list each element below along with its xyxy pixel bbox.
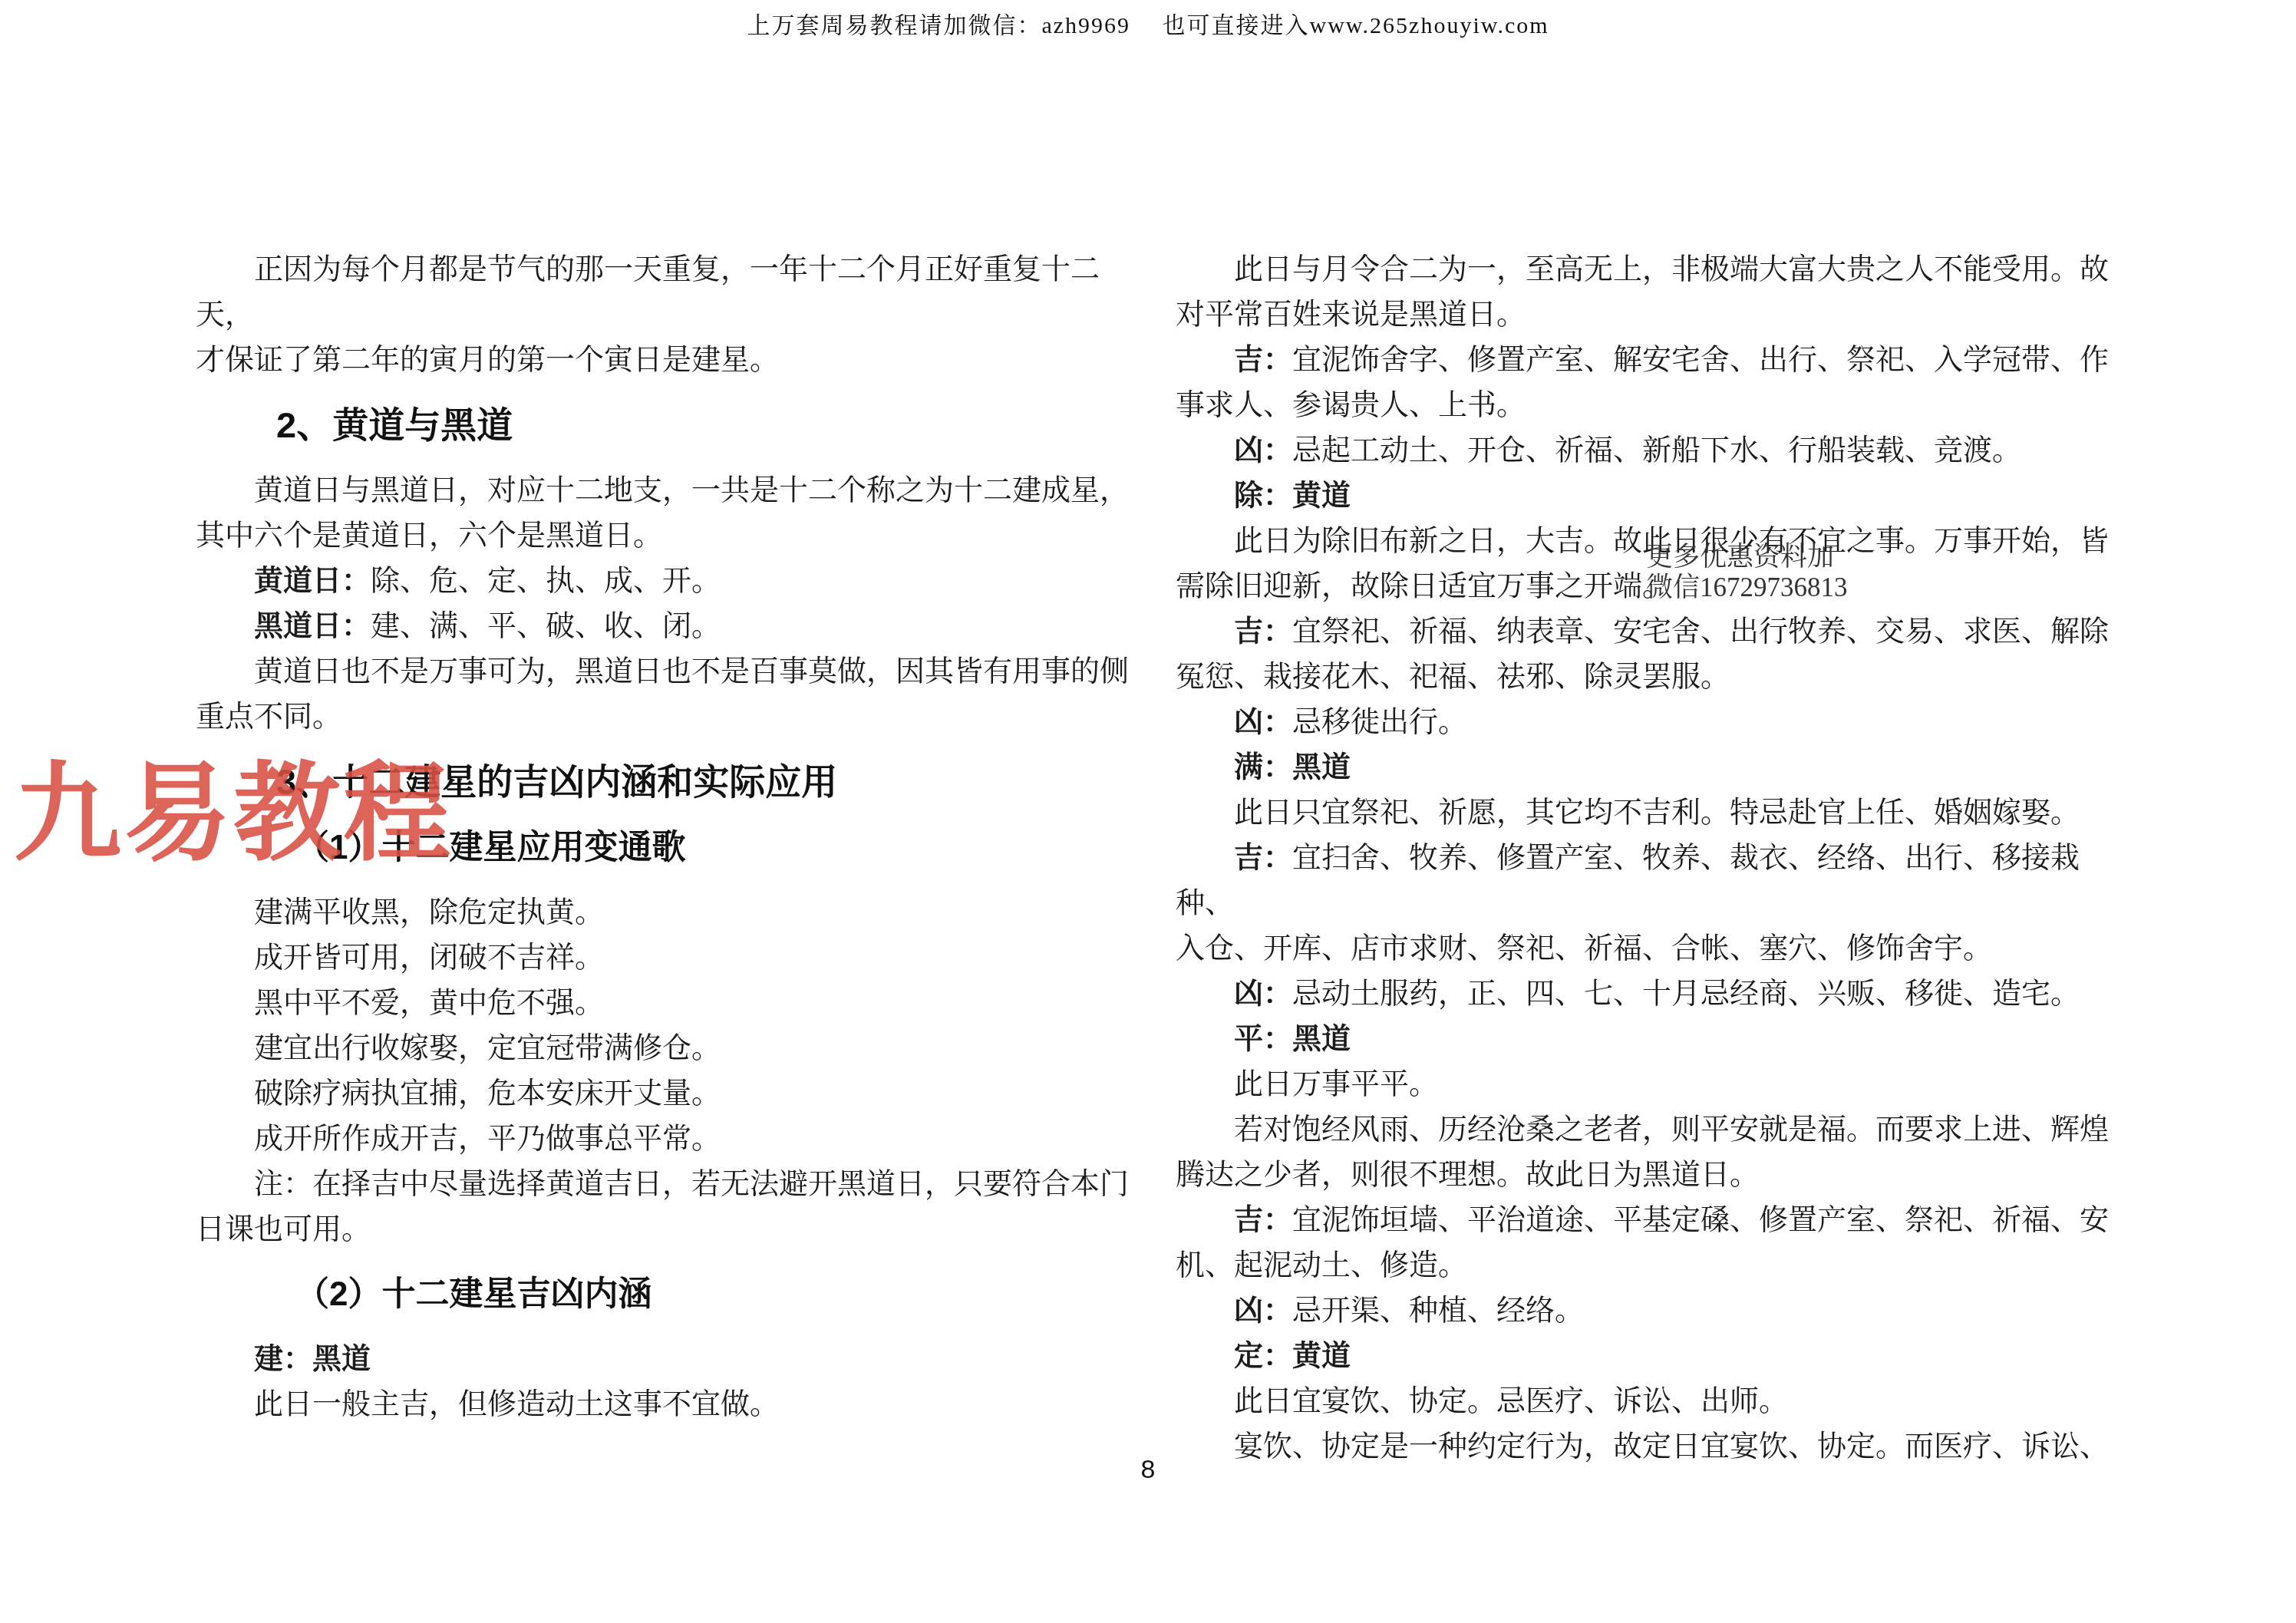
value-heidao-days: 建、满、平、破、收、闭。 (371, 610, 721, 642)
heading-section-3-2: （2）十二建星吉凶内涵 (196, 1272, 1133, 1317)
page-number: 8 (0, 1455, 2296, 1485)
song-line-6: 成开所作成开吉，平乃做事总平常。 (196, 1117, 1133, 1162)
right-column: 此日与月令合二为一，至高无上，非极端大富大贵之人不能受用。故 对平常百姓来说是黑… (1176, 247, 2113, 1470)
label-ji: 吉： (1176, 842, 1292, 874)
label-xiong: 凶： (1176, 706, 1292, 738)
line-ping-ji: 吉：宜泥饰垣墙、平治道途、平基定磉、修置产室、祭祀、祈福、安 机、起泥动土、修造… (1176, 1198, 2113, 1288)
line-chu-xiong: 凶：忌移徙出行。 (1176, 700, 2113, 745)
man-star-label: 满：黑道 (1176, 751, 1351, 783)
line-man-ji: 吉：宜扫舍、牧养、修置产室、牧养、裁衣、经络、出行、移接栽种、 入仓、开库、店市… (1176, 836, 2113, 971)
label-xiong: 凶： (1176, 1295, 1292, 1327)
label-jian-heidao: 建：黑道 (196, 1337, 1133, 1382)
song-line-5: 破除疗病执宜捕，危本安床开丈量。 (196, 1071, 1133, 1117)
value-huangdao-days: 除、危、定、执、成、开。 (371, 565, 721, 597)
value-ping-xiong: 忌开渠、种植、经络。 (1292, 1295, 1584, 1327)
paragraph-chu-detail: 此日为除旧布新之日，大吉。故此日很少有不宜之事。万事开始，皆 需除旧迎新，故除日… (1176, 519, 2113, 609)
paragraph-man-detail: 此日只宜祭祀、祈愿，其它均不吉利。特忌赴官上任、婚姻嫁娶。 (1176, 790, 2113, 836)
value-chu-ji: 宜祭祀、祈福、纳表章、安宅舍、出行牧养、交易、求医、解除 冤愆、栽接花木、祀福、… (1176, 615, 2109, 693)
value-chu-xiong: 忌移徙出行。 (1292, 706, 1467, 738)
label-ping-heidao: 平：黑道 (1176, 1017, 2113, 1062)
label-man-heidao: 满：黑道 (1176, 745, 2113, 790)
label-ji: 吉： (1176, 1204, 1292, 1236)
heading-section-2: 2、黄道与黑道 (196, 401, 1133, 449)
ping-star-label: 平：黑道 (1176, 1023, 1351, 1055)
paragraph-intro: 正因为每个月都是节气的那一天重复，一年十二个月正好重复十二天， 才保证了第二年的… (196, 247, 1133, 383)
paragraph-zhu-note: 注：在择吉中尽量选择黄道吉日，若无法避开黑道日，只要符合本门 日课也可用。 (196, 1162, 1133, 1252)
label-chu-huangdao: 除：黄道 (1176, 473, 2113, 519)
chu-star-label: 除：黄道 (1176, 480, 1351, 512)
line-man-xiong: 凶：忌动土服药，正、四、七、十月忌经商、兴贩、移徙、造宅。 (1176, 971, 2113, 1017)
paragraph-ping-detail-2: 若对饱经风雨、历经沧桑之老者，则平安就是福。而要求上进、辉煌 腾达之少者，则很不… (1176, 1107, 2113, 1198)
label-ji: 吉： (1176, 344, 1292, 376)
ding-star-label: 定：黄道 (1176, 1340, 1351, 1372)
line-jian-ji: 吉：宜泥饰舍字、修置产室、解安宅舍、出行、祭祀、入学冠带、作 事求人、参谒贵人、… (1176, 338, 2113, 428)
left-column: 正因为每个月都是节气的那一天重复，一年十二个月正好重复十二天， 才保证了第二年的… (196, 247, 1133, 1427)
value-jian-ji: 宜泥饰舍字、修置产室、解安宅舍、出行、祭祀、入学冠带、作 事求人、参谒贵人、上书… (1176, 344, 2109, 421)
paragraph-jian-text: 此日一般主吉，但修造动土这事不宜做。 (196, 1382, 1133, 1427)
song-line-2: 成开皆可用，闭破不吉祥。 (196, 935, 1133, 981)
label-xiong: 凶： (1176, 434, 1292, 467)
song-line-1: 建满平收黑，除危定执黄。 (196, 890, 1133, 935)
line-ping-xiong: 凶：忌开渠、种植、经络。 (1176, 1288, 2113, 1334)
page-header-text: 上万套周易教程请加微信：azh9969 也可直接进入www.265zhouyiw… (0, 6, 2296, 40)
label-xiong: 凶： (1176, 978, 1292, 1010)
line-heidao-days: 黑道日：建、满、平、破、收、闭。 (196, 604, 1133, 649)
paragraph-overview: 黄道日与黑道日，对应十二地支，一共是十二个称之为十二建成星， 其中六个是黄道日，… (196, 468, 1133, 559)
value-jian-xiong: 忌起工动土、开仓、祈福、新船下水、行船装载、竞渡。 (1292, 434, 2021, 467)
song-line-4: 建宜出行收嫁娶，定宜冠带满修仓。 (196, 1026, 1133, 1071)
label-heidao: 黑道日： (196, 610, 371, 642)
value-man-xiong: 忌动土服药，正、四、七、十月忌经商、兴贩、移徙、造宅。 (1292, 978, 2080, 1010)
line-chu-ji: 吉：宜祭祀、祈福、纳表章、安宅舍、出行牧养、交易、求医、解除 冤愆、栽接花木、祀… (1176, 609, 2113, 700)
jian-star-label: 建：黑道 (196, 1343, 371, 1375)
line-huangdao-days: 黄道日：除、危、定、执、成、开。 (196, 559, 1133, 604)
line-jian-xiong: 凶：忌起工动土、开仓、祈福、新船下水、行船装载、竞渡。 (1176, 428, 2113, 473)
label-ji: 吉： (1176, 615, 1292, 648)
value-ping-ji: 宜泥饰垣墙、平治道途、平基定磉、修置产室、祭祀、祈福、安 机、起泥动土、修造。 (1176, 1204, 2109, 1282)
value-man-ji: 宜扫舍、牧养、修置产室、牧养、裁衣、经络、出行、移接栽种、 入仓、开库、店市求财… (1176, 842, 2080, 965)
document-page: 上万套周易教程请加微信：azh9969 也可直接进入www.265zhouyiw… (0, 0, 2296, 1623)
heading-section-3-1: （1）十二建星应用变通歌 (196, 826, 1133, 870)
paragraph-ding-detail-1: 此日宜宴饮、协定。忌医疗、诉讼、出师。 (1176, 1379, 2113, 1424)
paragraph-note: 黄道日也不是万事可为，黑道日也不是百事莫做，因其皆有用事的侧 重点不同。 (196, 649, 1133, 740)
label-ding-huangdao: 定：黄道 (1176, 1334, 2113, 1379)
paragraph-jian-detail: 此日与月令合二为一，至高无上，非极端大富大贵之人不能受用。故 对平常百姓来说是黑… (1176, 247, 2113, 338)
heading-section-3: 3、十二建星的吉凶内涵和实际应用 (196, 758, 1133, 806)
label-huangdao: 黄道日： (196, 565, 371, 597)
paragraph-ping-detail-1: 此日万事平平。 (1176, 1062, 2113, 1107)
song-line-3: 黑中平不爱，黄中危不强。 (196, 981, 1133, 1026)
